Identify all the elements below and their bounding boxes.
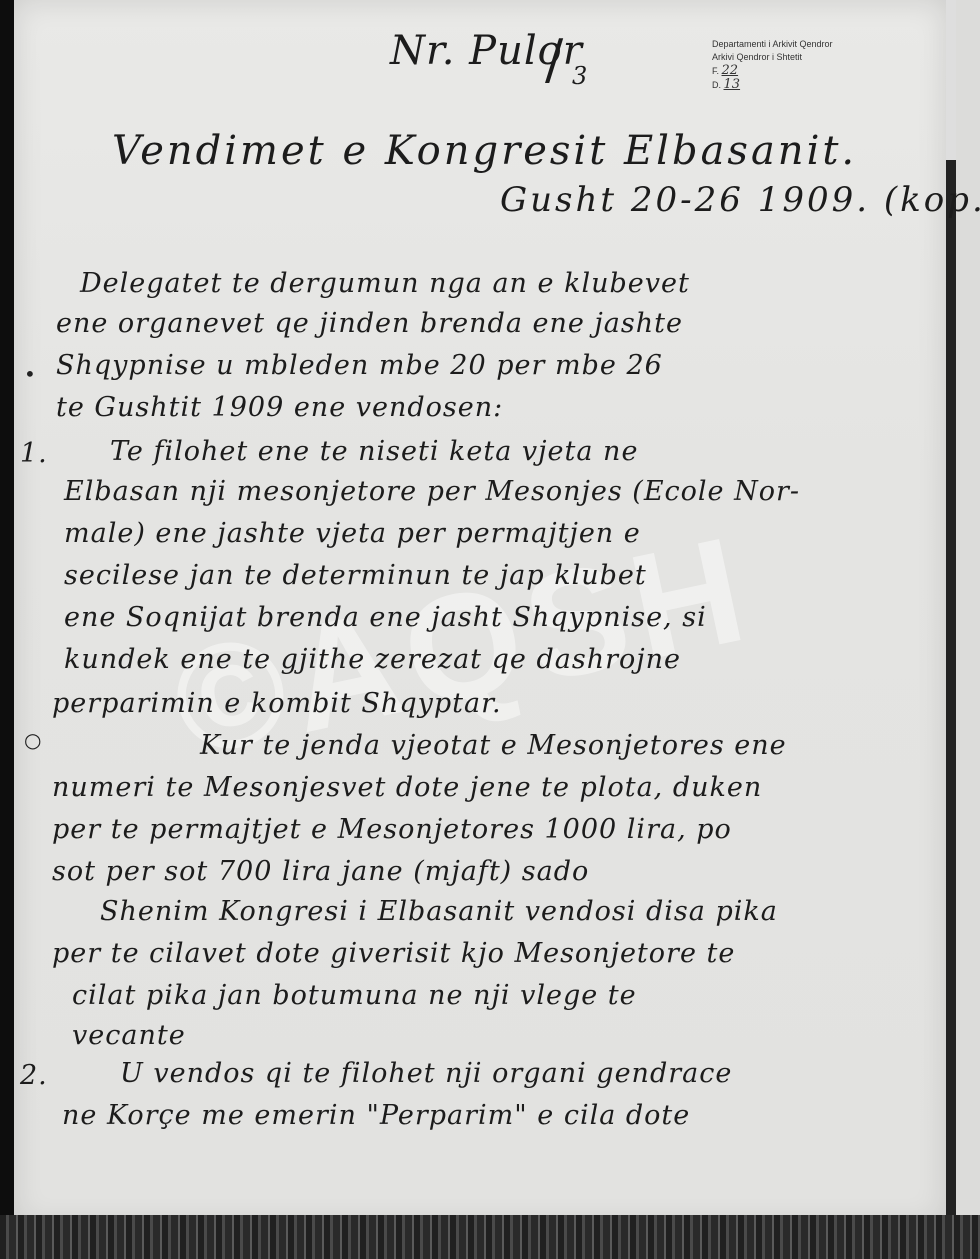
text-line: Te filohet ene te niseti keta vjeta ne (110, 436, 638, 467)
text-line: per te cilavet dote giverisit kjo Mesonj… (52, 938, 735, 969)
text-line: sot per sot 700 lira jane (mjaft) sado (52, 856, 589, 887)
document-title: Vendimet e Kongresit Elbasanit. (112, 128, 857, 174)
item-number-2: 2. (20, 1060, 48, 1091)
text-line: vecante (72, 1020, 186, 1051)
header-slash: / (545, 28, 564, 91)
text-line: per te permajtjet e Mesonjetores 1000 li… (52, 814, 732, 845)
text-line: Delegatet te dergumun nga an e klubevet (80, 268, 690, 299)
text-line: Shqypnise u mbleden mbe 20 per mbe 26 (56, 350, 663, 381)
stamp-fond-value: 22 (722, 63, 739, 78)
archive-stamp: Departamenti i Arkivit Qendror Arkivi Qe… (712, 38, 882, 92)
item-number-1: 1. (20, 438, 48, 469)
text-line: kundek ene te gjithe zerezat qe dashrojn… (64, 644, 681, 675)
scan-right-margin (946, 0, 956, 160)
scan-bottom-border (0, 1215, 980, 1259)
text-line: ne Korçe me emerin "Perparim" e cila dot… (62, 1100, 690, 1131)
scan-left-border (0, 0, 14, 1259)
text-line: perparimin e kombit Shqyptar. (52, 688, 502, 719)
stamp-fond-label: F. (712, 66, 719, 76)
header-number: 3 (572, 62, 588, 90)
text-line: te Gushtit 1909 ene vendosen: (56, 392, 503, 423)
text-line: male) ene jashte vjeta per permajtjen e (64, 518, 641, 549)
text-line: Kur te jenda vjeotat e Mesonjetores ene (200, 730, 787, 761)
page-shadow-edge (946, 160, 956, 1240)
stamp-line-1: Departamenti i Arkivit Qendror (712, 38, 882, 51)
text-line: ene Soqnijat brenda ene jasht Shqypnise,… (64, 602, 707, 633)
margin-circle-mark: ○ (24, 728, 41, 752)
text-line: secilese jan te determinun te jap klubet (64, 560, 647, 591)
stamp-dosja-value: 13 (724, 77, 741, 92)
text-line: U vendos qi te filohet nji organi gendra… (120, 1058, 732, 1089)
text-line: ene organevet qe jinden brenda ene jasht… (56, 308, 683, 339)
stamp-dosja-label: D. (712, 80, 721, 90)
text-line-note: Shenim Kongresi i Elbasanit vendosi disa… (100, 896, 778, 927)
text-line: Elbasan nji mesonjetore per Mesonjes (Ec… (64, 476, 800, 507)
margin-dot-mark: • (24, 362, 36, 386)
document-date: Gusht 20-26 1909. (kop.) (500, 180, 980, 220)
text-line: cilat pika jan botumuna ne nji vlege te (72, 980, 637, 1011)
text-line: numeri te Mesonjesvet dote jene te plota… (52, 772, 762, 803)
